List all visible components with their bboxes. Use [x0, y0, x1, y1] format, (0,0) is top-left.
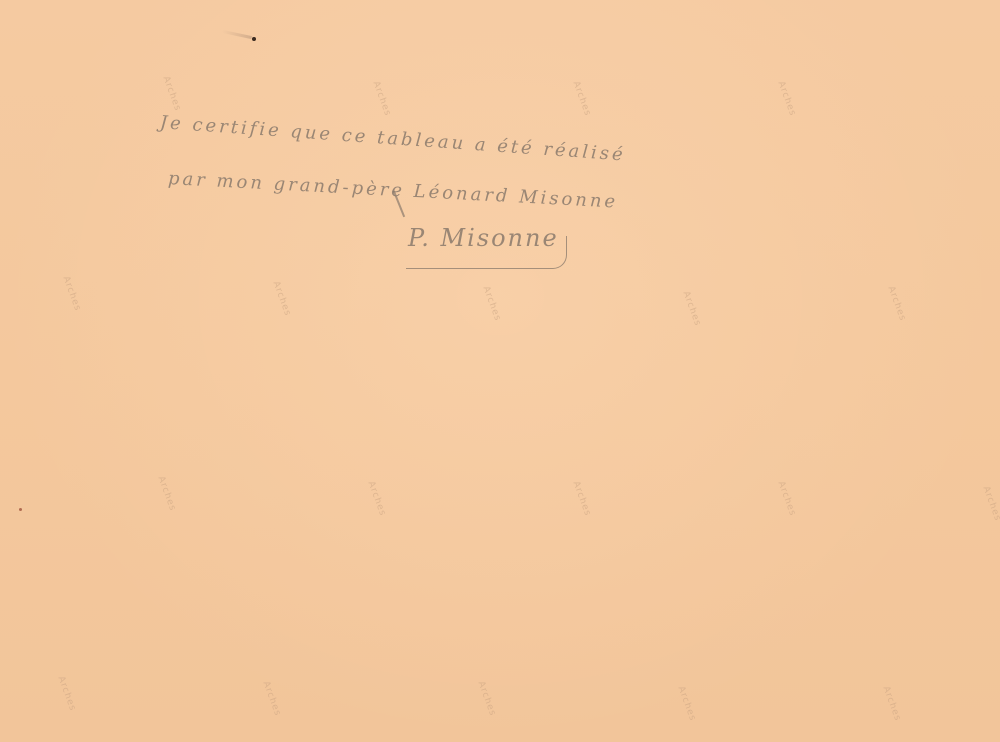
- paper-background: [0, 0, 1000, 742]
- red-speck: [19, 508, 22, 511]
- signature-underline: [406, 236, 567, 269]
- ink-dot: [252, 37, 256, 41]
